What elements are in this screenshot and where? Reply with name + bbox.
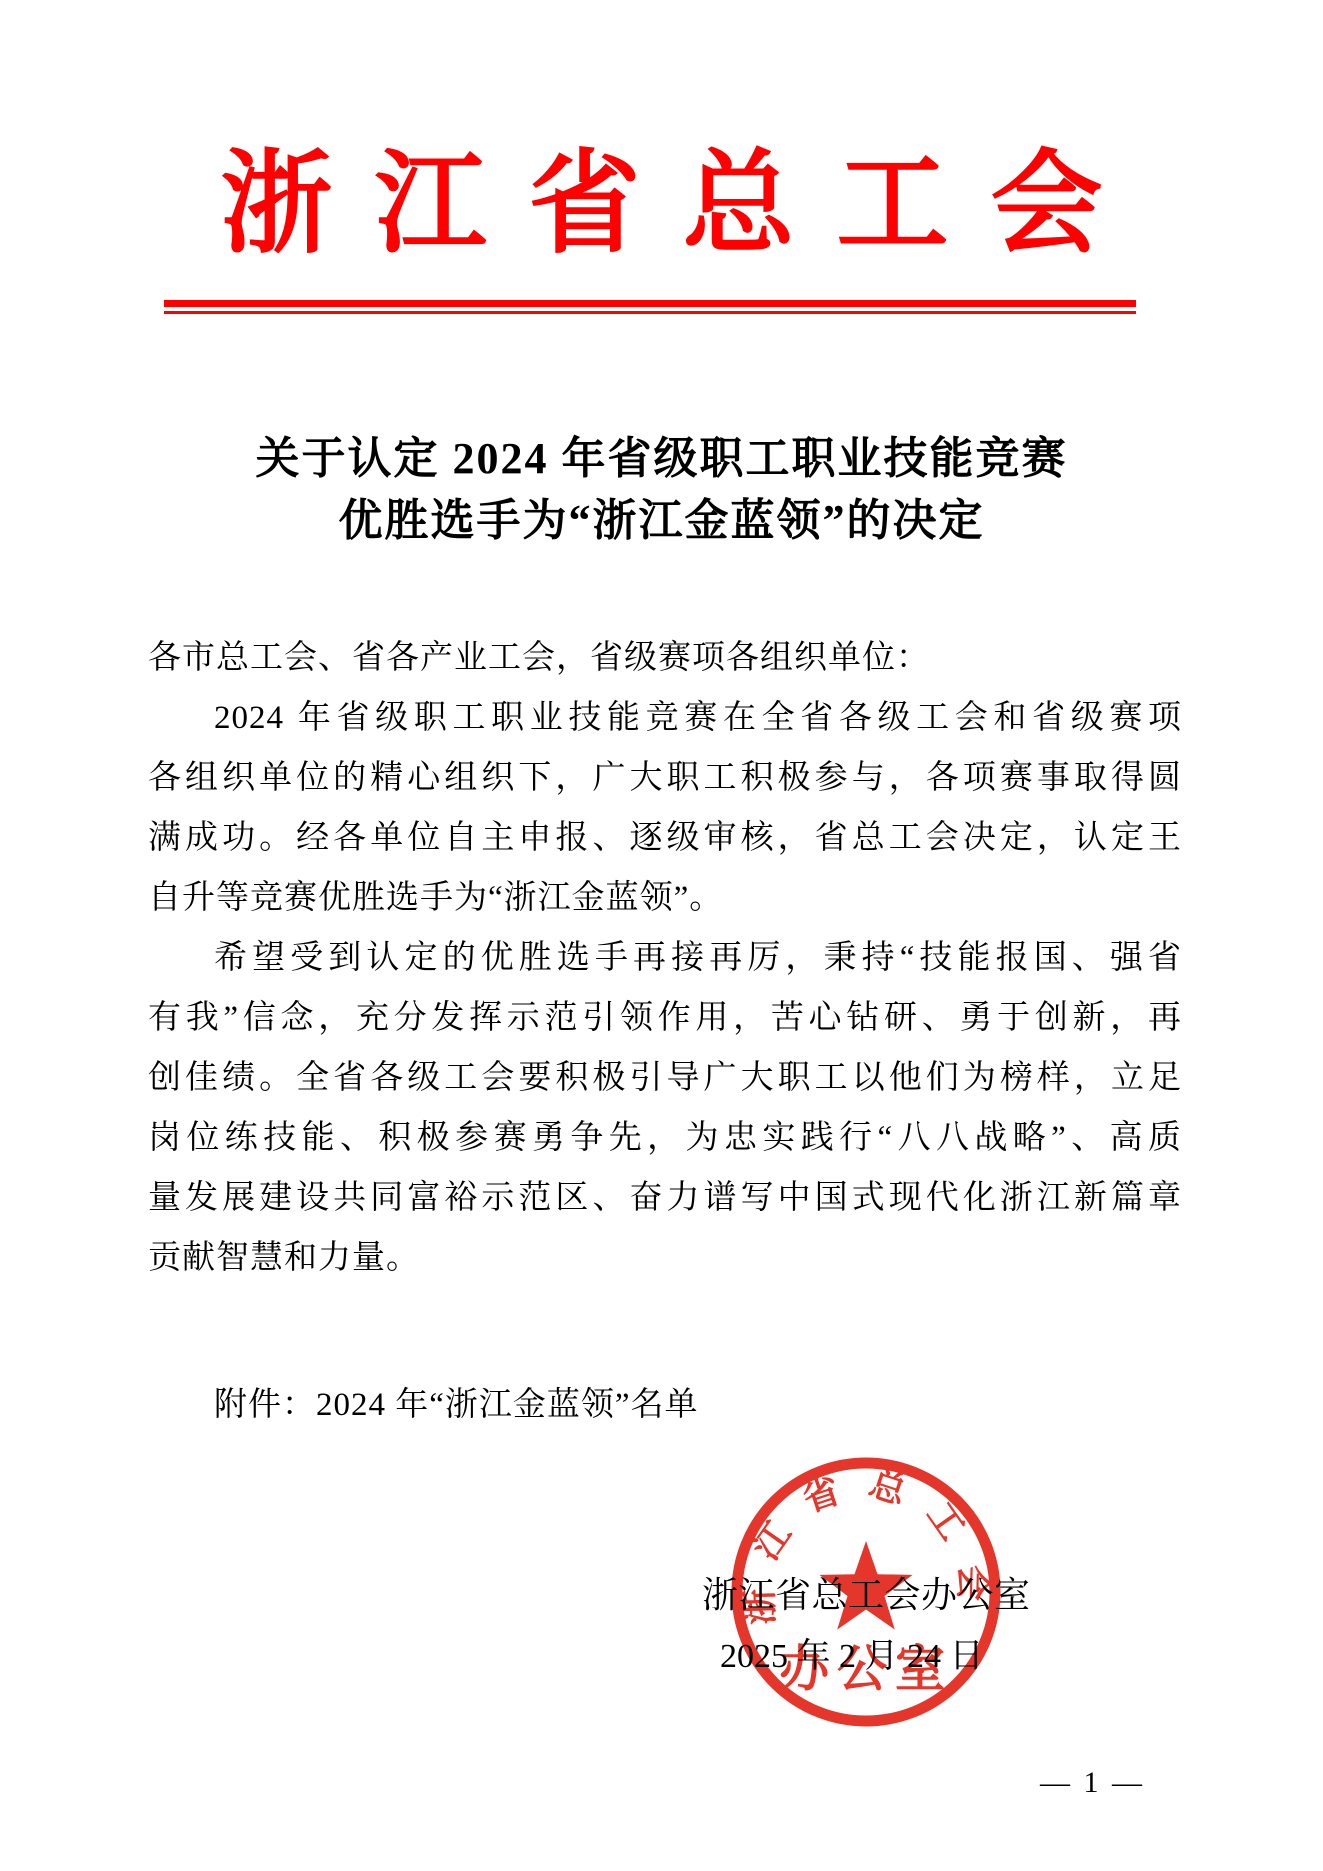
seal-office-text: 办公室 (779, 1641, 953, 1697)
body-line: 贡献智慧和力量。 (148, 1228, 1182, 1288)
page-number: — 1 — (1040, 1766, 1145, 1800)
attachment-line: 附件：2024 年“浙江金蓝领”名单 (148, 1375, 1182, 1435)
body-line: 各市总工会、省各产业工会，省级赛项各组织单位： (148, 628, 1182, 688)
body-line: 各组织单位的精心组织下，广大职工积极参与，各项赛事取得圆 (148, 748, 1182, 808)
document-body: 各市总工会、省各产业工会，省级赛项各组织单位： 2024 年省级职工职业技能竞赛… (148, 628, 1182, 1288)
body-line: 岗位练技能、积极参赛勇争先，为忠实践行“八八战略”、高质 (148, 1108, 1182, 1168)
document-title-line-2: 优胜选手为“浙江金蓝领”的决定 (0, 490, 1323, 552)
document-title: 关于认定 2024 年省级职工职业技能竞赛 优胜选手为“浙江金蓝领”的决定 (0, 428, 1323, 552)
body-line: 满成功。经各单位自主申报、逐级审核，省总工会决定，认定王 (148, 808, 1182, 868)
star-icon (819, 1541, 912, 1630)
body-line: 自升等竞赛优胜选手为“浙江金蓝领”。 (148, 868, 1182, 928)
letterhead-rule-thick (164, 300, 1136, 307)
official-seal: 浙江省总工会 办公室 (722, 1448, 1010, 1736)
body-line: 量发展建设共同富裕示范区、奋力谱写中国式现代化浙江新篇章 (148, 1168, 1182, 1228)
official-document-page: 浙江省总工会 关于认定 2024 年省级职工职业技能竞赛 优胜选手为“浙江金蓝领… (0, 0, 1323, 1871)
body-line: 希望受到认定的优胜选手再接再厉，秉持“技能报国、强省 (148, 928, 1182, 988)
document-title-line-1: 关于认定 2024 年省级职工职业技能竞赛 (0, 428, 1323, 490)
body-line: 有我”信念，充分发挥示范引领作用，苦心钻研、勇于创新，再 (148, 988, 1182, 1048)
letterhead-org-name: 浙江省总工会 (0, 130, 1323, 280)
body-line: 2024 年省级职工职业技能竞赛在全省各级工会和省级赛项 (148, 688, 1182, 748)
letterhead-rule-thin (164, 311, 1136, 314)
body-line: 创佳绩。全省各级工会要积极引导广大职工以他们为榜样，立足 (148, 1048, 1182, 1108)
